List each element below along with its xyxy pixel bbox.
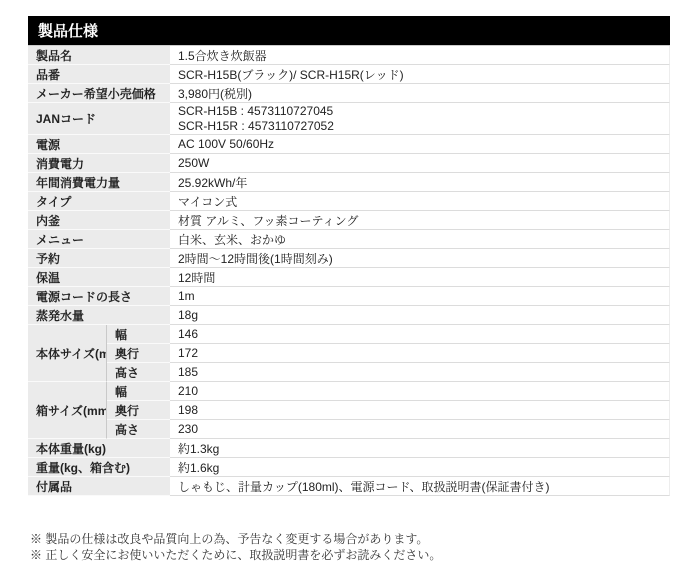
spec-value-body-depth: 172 xyxy=(170,344,670,363)
table-row: 本体重量(kg) 約1.3kg xyxy=(28,439,670,458)
spec-sublabel-width: 幅 xyxy=(107,382,170,401)
spec-value-box-height: 230 xyxy=(170,420,670,439)
spec-value-box-width: 210 xyxy=(170,382,670,401)
table-row: 内釜 材質 アルミ、フッ素コーティング xyxy=(28,211,670,230)
spec-value-cord-length: 1m xyxy=(170,287,670,306)
spec-label-body-weight: 本体重量(kg) xyxy=(28,439,170,458)
spec-sublabel-depth: 奥行 xyxy=(107,401,170,420)
spec-label-annual-power: 年間消費電力量 xyxy=(28,173,170,192)
table-row: 奥行 172 xyxy=(28,344,670,363)
spec-label-timer: 予約 xyxy=(28,249,170,268)
spec-value-product-name: 1.5合炊き炊飯器 xyxy=(170,46,670,65)
table-row: メーカー希望小売価格 3,980円(税別) xyxy=(28,84,670,103)
footnote-spec-change: ※ 製品の仕様は改良や品質向上の為、予告なく変更する場合があります。 xyxy=(30,531,441,547)
table-row: 高さ 230 xyxy=(28,420,670,439)
spec-value-box-depth: 198 xyxy=(170,401,670,420)
table-row: タイプ マイコン式 xyxy=(28,192,670,211)
spec-label-model-number: 品番 xyxy=(28,65,170,84)
table-row: 箱サイズ(mm) 幅 210 xyxy=(28,382,670,401)
spec-value-power-consumption: 250W xyxy=(170,154,670,173)
spec-value-msrp: 3,980円(税別) xyxy=(170,84,670,103)
spec-value-body-height: 185 xyxy=(170,363,670,382)
spec-sublabel-depth: 奥行 xyxy=(107,344,170,363)
spec-label-msrp: メーカー希望小売価格 xyxy=(28,84,170,103)
spec-value-menu: 白米、玄米、おかゆ xyxy=(170,230,670,249)
spec-value-body-weight: 約1.3kg xyxy=(170,439,670,458)
spec-sublabel-width: 幅 xyxy=(107,325,170,344)
product-spec-table: 製品仕様 製品名 1.5合炊き炊飯器 品番 SCR-H15B(ブラック)/ SC… xyxy=(28,16,670,496)
spec-label-box-size: 箱サイズ(mm) xyxy=(28,382,107,439)
spec-value-annual-power: 25.92kWh/年 xyxy=(170,173,670,192)
spec-label-gross-weight: 重量(kg、箱含む) xyxy=(28,458,170,477)
spec-label-product-name: 製品名 xyxy=(28,46,170,65)
spec-sublabel-height: 高さ xyxy=(107,363,170,382)
spec-value-gross-weight: 約1.6kg xyxy=(170,458,670,477)
table-title: 製品仕様 xyxy=(28,16,670,46)
table-row: 重量(kg、箱含む) 約1.6kg xyxy=(28,458,670,477)
spec-label-menu: メニュー xyxy=(28,230,170,249)
table-row: 製品名 1.5合炊き炊飯器 xyxy=(28,46,670,65)
spec-value-timer: 2時間〜12時間後(1時間刻み) xyxy=(170,249,670,268)
product-spec-page: 製品仕様 製品名 1.5合炊き炊飯器 品番 SCR-H15B(ブラック)/ SC… xyxy=(0,0,700,573)
table-row: 電源コードの長さ 1m xyxy=(28,287,670,306)
table-row: 電源 AC 100V 50/60Hz xyxy=(28,135,670,154)
table-row: 奥行 198 xyxy=(28,401,670,420)
spec-value-accessories: しゃもじ、計量カップ(180ml)、電源コード、取扱説明書(保証書付き) xyxy=(170,477,670,496)
footnotes: ※ 製品の仕様は改良や品質向上の為、予告なく変更する場合があります。 ※ 正しく… xyxy=(30,531,441,563)
table-header-row: 製品仕様 xyxy=(28,16,670,46)
spec-value-keep-warm: 12時間 xyxy=(170,268,670,287)
table-row: 消費電力 250W xyxy=(28,154,670,173)
spec-label-evaporation: 蒸発水量 xyxy=(28,306,170,325)
spec-label-accessories: 付属品 xyxy=(28,477,170,496)
table-row: JANコード SCR-H15B : 4573110727045 SCR-H15R… xyxy=(28,103,670,135)
spec-value-inner-pot: 材質 アルミ、フッ素コーティング xyxy=(170,211,670,230)
spec-value-body-width: 146 xyxy=(170,325,670,344)
table-row: 付属品 しゃもじ、計量カップ(180ml)、電源コード、取扱説明書(保証書付き) xyxy=(28,477,670,496)
spec-sublabel-height: 高さ xyxy=(107,420,170,439)
table-row: 高さ 185 xyxy=(28,363,670,382)
spec-label-cord-length: 電源コードの長さ xyxy=(28,287,170,306)
spec-value-type: マイコン式 xyxy=(170,192,670,211)
table-row: 本体サイズ(mm) 幅 146 xyxy=(28,325,670,344)
table-row: 蒸発水量 18g xyxy=(28,306,670,325)
jan-code-line: SCR-H15B : 4573110727045 xyxy=(178,104,669,119)
spec-label-power-source: 電源 xyxy=(28,135,170,154)
table-row: メニュー 白米、玄米、おかゆ xyxy=(28,230,670,249)
jan-code-line: SCR-H15R : 4573110727052 xyxy=(178,119,669,134)
spec-label-keep-warm: 保温 xyxy=(28,268,170,287)
spec-label-body-size: 本体サイズ(mm) xyxy=(28,325,107,382)
spec-label-power-consumption: 消費電力 xyxy=(28,154,170,173)
spec-value-evaporation: 18g xyxy=(170,306,670,325)
spec-value-jan-code: SCR-H15B : 4573110727045 SCR-H15R : 4573… xyxy=(170,103,670,135)
spec-label-type: タイプ xyxy=(28,192,170,211)
table-row: 予約 2時間〜12時間後(1時間刻み) xyxy=(28,249,670,268)
table-row: 品番 SCR-H15B(ブラック)/ SCR-H15R(レッド) xyxy=(28,65,670,84)
spec-value-model-number: SCR-H15B(ブラック)/ SCR-H15R(レッド) xyxy=(170,65,670,84)
table-row: 年間消費電力量 25.92kWh/年 xyxy=(28,173,670,192)
table-row: 保温 12時間 xyxy=(28,268,670,287)
footnote-read-manual: ※ 正しく安全にお使いいただくために、取扱説明書を必ずお読みください。 xyxy=(30,547,441,563)
spec-label-inner-pot: 内釜 xyxy=(28,211,170,230)
spec-label-jan-code: JANコード xyxy=(28,103,170,135)
spec-value-power-source: AC 100V 50/60Hz xyxy=(170,135,670,154)
